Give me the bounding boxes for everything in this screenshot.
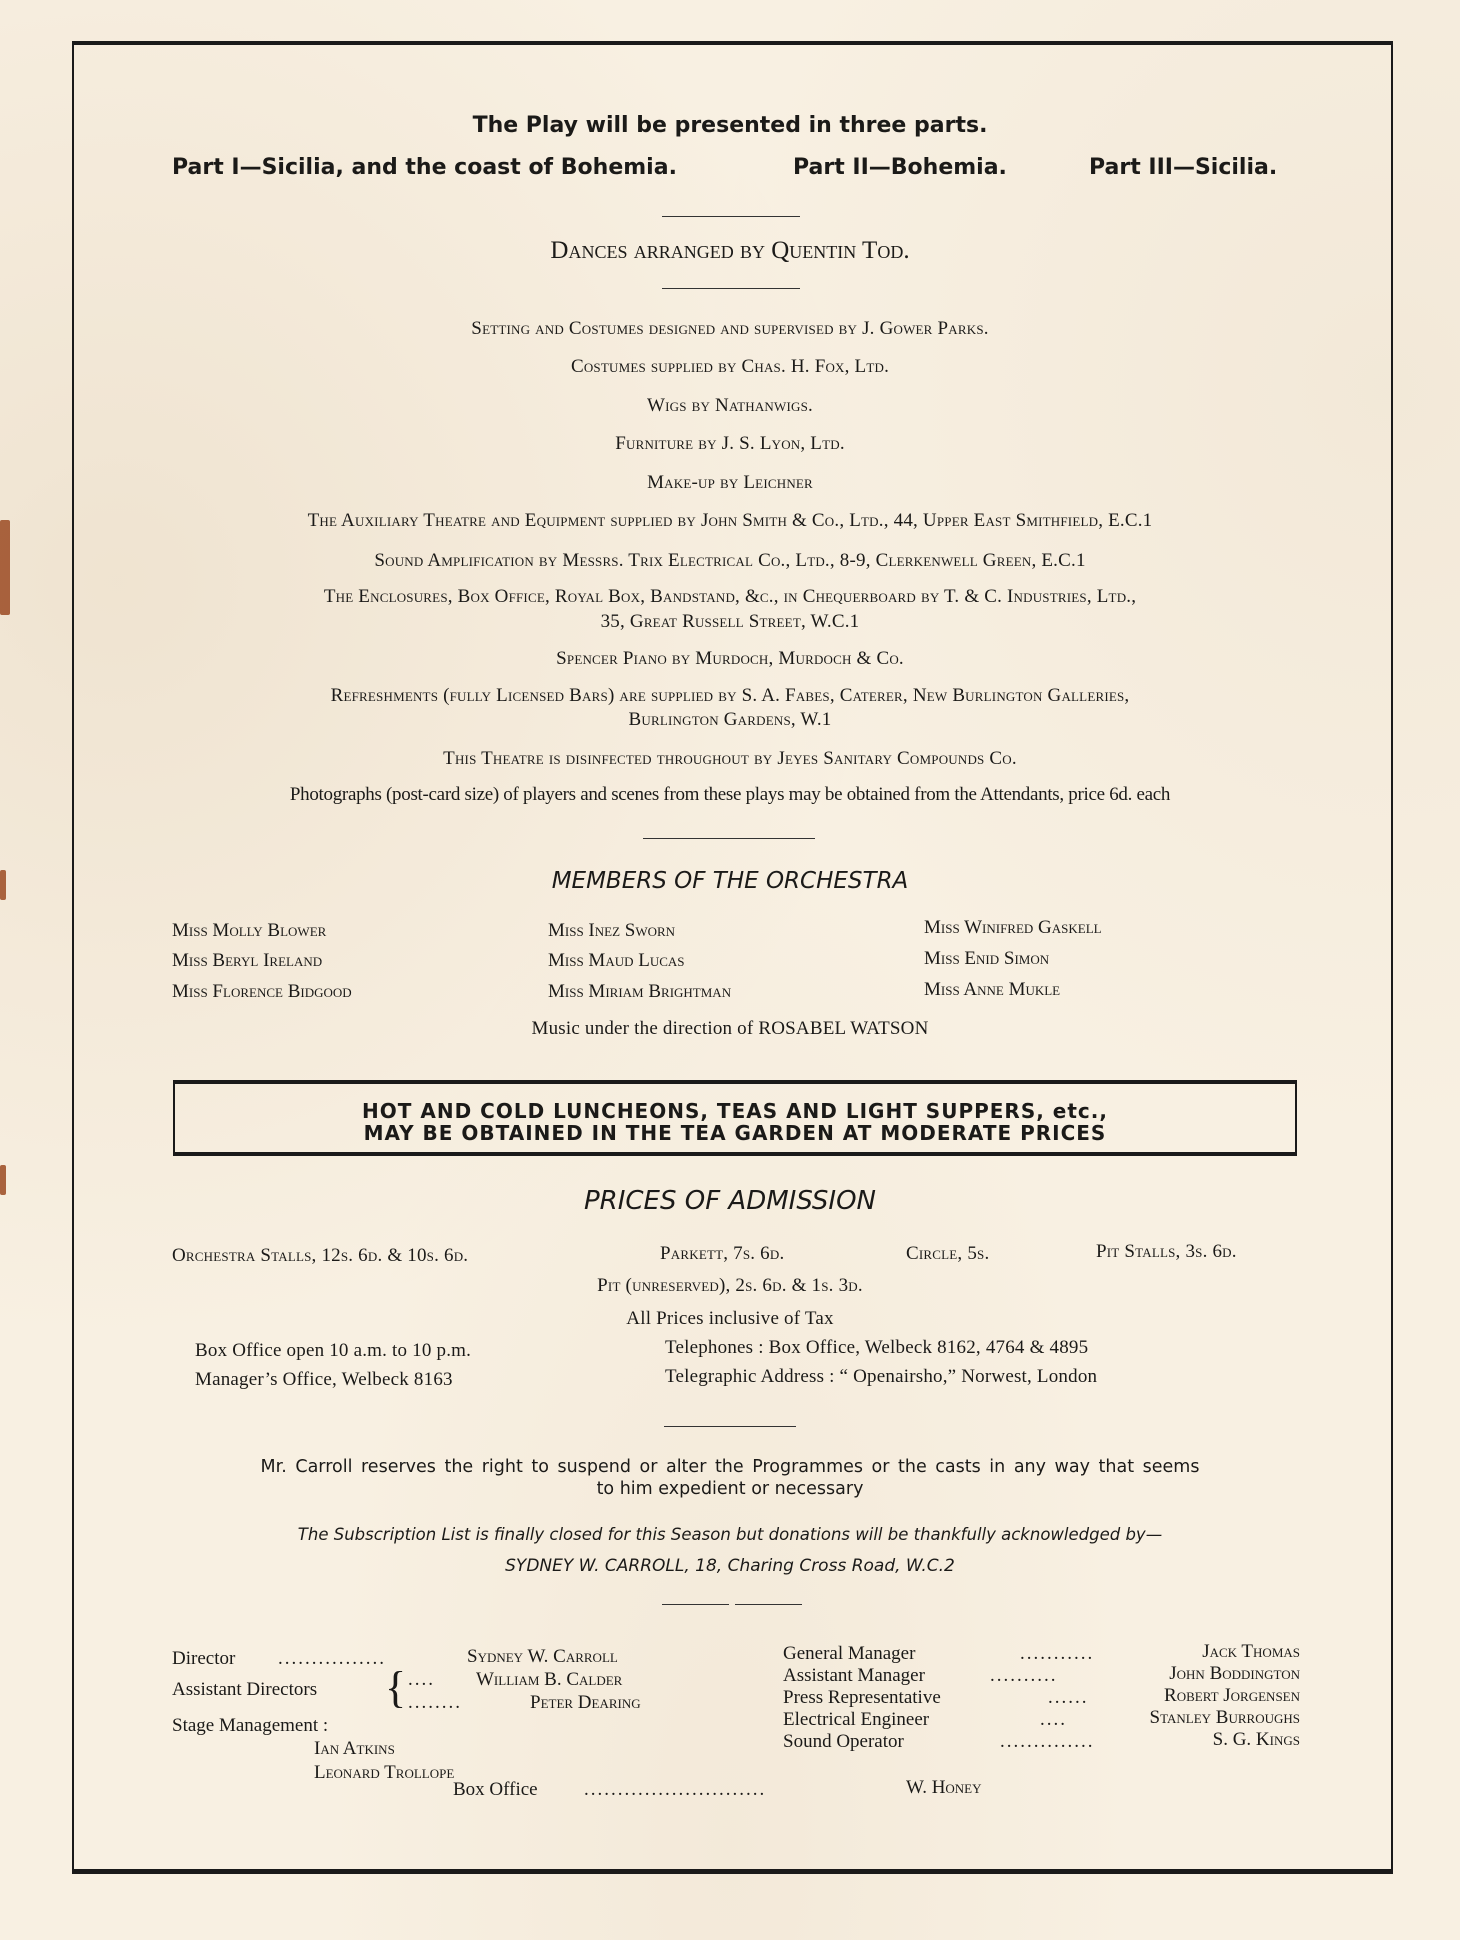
staff-assistant-director-2: Peter Dearing [530,1692,641,1714]
staff-assistant-director-1: William B. Calder [476,1669,622,1691]
orchestra-member: Miss Anne Mukle [924,979,1060,1001]
staff-sound-name: S. G. Kings [1213,1729,1300,1751]
leader-dots: ........................... [584,1779,766,1801]
staff-electrical-role: Electrical Engineer [783,1709,929,1731]
orchestra-member: Miss Enid Simon [924,948,1049,970]
divider [735,1604,802,1605]
orchestra-member: Miss Winifred Gaskell [924,917,1102,939]
leader-dots: .... [1040,1709,1067,1731]
credit-refreshments: Refreshments (fully Licensed Bars) are s… [0,685,1460,707]
staff-assistant-directors-role: Assistant Directors [172,1679,317,1701]
credit-setting: Setting and Costumes designed and superv… [0,318,1460,340]
manager-office: Manager’s Office, Welbeck 8163 [195,1369,453,1391]
staff-stage-management-role: Stage Management : [172,1715,328,1737]
staff-press-name: Robert Jorgensen [1164,1685,1300,1707]
orchestra-member: Miss Inez Sworn [548,920,675,942]
divider [664,1426,796,1427]
leader-dots: ................ [278,1648,386,1670]
credit-makeup: Make-up by Leichner [0,472,1460,494]
box-office-hours: Box Office open 10 a.m. to 10 p.m. [195,1340,471,1362]
refreshments-notice: HOT AND COLD LUNCHEONS, TEAS AND LIGHT S… [173,1080,1297,1156]
orchestra-member: Miss Beryl Ireland [172,950,322,972]
orchestra-heading: MEMBERS OF THE ORCHESTRA [0,868,1460,894]
credit-furniture: Furniture by J. S. Lyon, Ltd. [0,433,1460,455]
subscription-line-2: SYDNEY W. CARROLL, 18, Charing Cross Roa… [0,1556,1460,1576]
staff-director-name: Sydney W. Carroll [467,1646,618,1668]
price-pit: Pit (unreserved), 2s. 6d. & 1s. 3d. [0,1275,1460,1297]
intro-line: The Play will be presented in three part… [0,113,1460,138]
admission-heading: PRICES OF ADMISSION [0,1186,1460,1216]
orchestra-member: Miss Molly Blower [172,920,326,942]
divider [643,838,815,839]
music-director: Music under the direction of ROSABEL WAT… [0,1018,1460,1040]
staff-assistant-manager-role: Assistant Manager [783,1665,925,1687]
staff-sound-role: Sound Operator [783,1731,904,1753]
divider [662,288,800,289]
staff-electrical-name: Stanley Burroughs [1150,1707,1300,1729]
disclaimer-line-1: Mr. Carroll reserves the right to suspen… [0,1457,1460,1477]
leader-dots: ........... [1020,1643,1094,1665]
price-parkett: Parkett, 7s. 6d. [660,1243,784,1265]
staff-press-role: Press Representative [783,1687,941,1709]
leader-dots: ........ [408,1692,462,1714]
divider [662,216,800,217]
staff-box-office-name: W. Honey [906,1777,982,1799]
credit-disinfection: This Theatre is disinfected throughout b… [0,748,1460,770]
dances-credit: Dances arranged by Quentin Tod. [0,237,1460,265]
price-circle: Circle, 5s. [906,1243,989,1265]
leader-dots: .... [408,1669,435,1691]
brace-icon: { [385,1666,406,1710]
credit-enclosures: The Enclosures, Box Office, Royal Box, B… [0,586,1460,608]
staff-general-manager-name: Jack Thomas [1202,1641,1300,1663]
credit-refreshments-address: Burlington Gardens, W.1 [0,709,1460,731]
orchestra-member: Miss Florence Bidgood [172,981,352,1003]
leader-dots: .............. [1000,1731,1095,1753]
price-orchestra-stalls: Orchestra Stalls, 12s. 6d. & 10s. 6d. [172,1245,468,1267]
credit-costumes: Costumes supplied by Chas. H. Fox, Ltd. [0,356,1460,378]
credit-sound: Sound Amplification by Messrs. Trix Elec… [0,550,1460,572]
price-pit-stalls: Pit Stalls, 3s. 6d. [1096,1241,1237,1263]
leader-dots: ...... [1048,1687,1089,1709]
staff-director-role: Director [172,1648,235,1670]
credit-piano: Spencer Piano by Murdoch, Murdoch & Co. [0,648,1460,670]
credit-enclosures-address: 35, Great Russell Street, W.C.1 [0,611,1460,633]
part-three: Part III—Sicilia. [1089,155,1277,180]
disclaimer-line-2: to him expedient or necessary [0,1479,1460,1499]
divider [662,1604,729,1605]
credit-auxiliary: The Auxiliary Theatre and Equipment supp… [0,510,1460,532]
credit-wigs: Wigs by Nathanwigs. [0,395,1460,417]
telephones: Telephones : Box Office, Welbeck 8162, 4… [665,1337,1088,1359]
orchestra-member: Miss Miriam Brightman [548,981,731,1003]
staff-general-manager-role: General Manager [783,1643,915,1665]
staff-assistant-manager-name: John Boddington [1169,1663,1300,1685]
notice-line-2: MAY BE OBTAINED IN THE TEA GARDEN AT MOD… [175,1122,1295,1144]
leader-dots: .......... [990,1665,1058,1687]
part-one: Part I—Sicilia, and the coast of Bohemia… [172,155,677,180]
prices-tax-note: All Prices inclusive of Tax [0,1308,1460,1330]
staff-box-office-role: Box Office [453,1779,538,1801]
subscription-line-1: The Subscription List is finally closed … [0,1525,1460,1544]
notice-line-1: HOT AND COLD LUNCHEONS, TEAS AND LIGHT S… [175,1100,1295,1122]
credit-photographs: Photographs (post-card size) of players … [0,784,1460,806]
staff-stage-manager-2: Leonard Trollope [314,1762,454,1784]
orchestra-member: Miss Maud Lucas [548,950,685,972]
staff-stage-manager-1: Ian Atkins [314,1738,395,1760]
telegraphic-address: Telegraphic Address : “ Openairsho,” Nor… [665,1366,1097,1388]
part-two: Part II—Bohemia. [793,155,1007,180]
